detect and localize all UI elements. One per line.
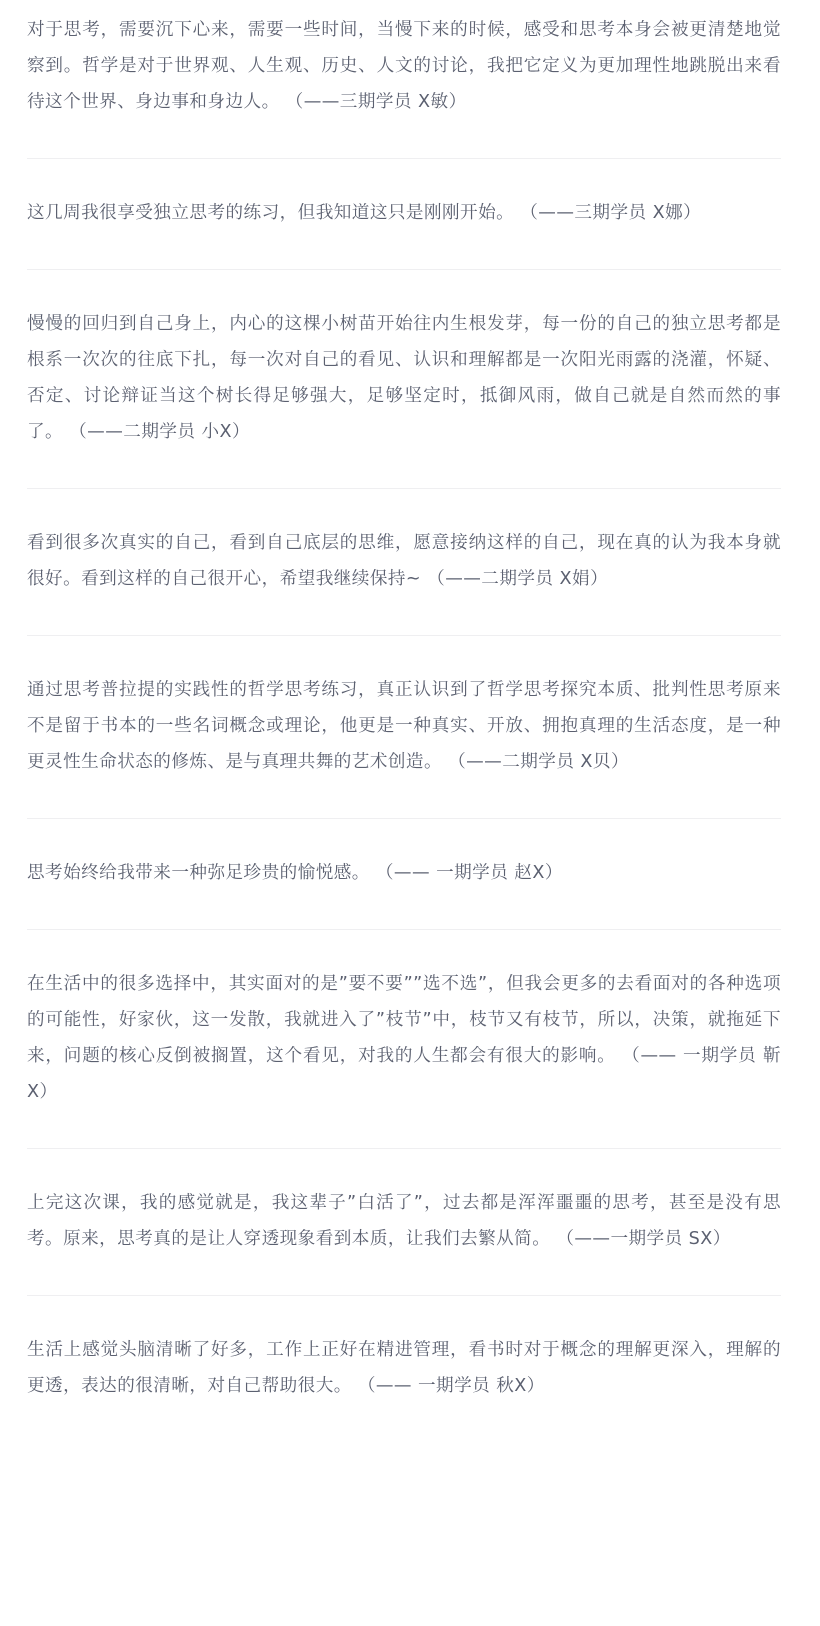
- testimonial-text: 思考始终给我带来一种弥足珍贵的愉悦感。: [27, 863, 370, 883]
- divider: [27, 818, 781, 819]
- testimonial-attribution: （—— 一期学员 秋X）: [358, 1376, 545, 1396]
- divider: [27, 158, 781, 159]
- testimonial-text: 看到很多次真实的自己，看到自己底层的思维，愿意接纳这样的自己，现在真的认为我本身…: [27, 533, 781, 589]
- testimonial-text: 这几周我很享受独立思考的练习，但我知道这只是刚刚开始。: [27, 203, 514, 223]
- divider: [27, 269, 781, 270]
- divider: [27, 1295, 781, 1296]
- divider: [27, 488, 781, 489]
- testimonial-item: 通过思考普拉提的实践性的哲学思考练习，真正认识到了哲学思考探究本质、批判性思考原…: [27, 672, 781, 780]
- testimonial-attribution: （——二期学员 X娟）: [427, 569, 608, 589]
- divider: [27, 635, 781, 636]
- testimonial-item: 看到很多次真实的自己，看到自己底层的思维，愿意接纳这样的自己，现在真的认为我本身…: [27, 525, 781, 597]
- testimonial-item: 对于思考，需要沉下心来，需要一些时间，当慢下来的时候，感受和思考本身会被更清楚地…: [27, 12, 781, 120]
- testimonial-item: 思考始终给我带来一种弥足珍贵的愉悦感。 （—— 一期学员 赵X）: [27, 855, 781, 891]
- testimonial-text: 通过思考普拉提的实践性的哲学思考练习，真正认识到了哲学思考探究本质、批判性思考原…: [27, 680, 781, 772]
- divider: [27, 929, 781, 930]
- testimonial-item: 生活上感觉头脑清晰了好多，工作上正好在精进管理，看书时对于概念的理解更深入，理解…: [27, 1332, 781, 1404]
- testimonial-attribution: （——三期学员 X娜）: [520, 203, 701, 223]
- testimonial-item: 这几周我很享受独立思考的练习，但我知道这只是刚刚开始。 （——三期学员 X娜）: [27, 195, 781, 231]
- divider: [27, 1148, 781, 1149]
- testimonial-attribution: （——一期学员 SX）: [556, 1229, 731, 1249]
- testimonial-attribution: （——二期学员 小X）: [69, 422, 250, 442]
- testimonial-attribution: （——三期学员 X敏）: [286, 92, 467, 112]
- testimonial-item: 慢慢的回归到自己身上，内心的这棵小树苗开始往内生根发芽，每一份的自己的独立思考都…: [27, 306, 781, 450]
- testimonial-item: 在生活中的很多选择中，其实面对的是”要不要””选不选”，但我会更多的去看面对的各…: [27, 966, 781, 1110]
- testimonial-item: 上完这次课，我的感觉就是，我这辈子”白活了”，过去都是浑浑噩噩的思考，甚至是没有…: [27, 1185, 781, 1257]
- testimonial-attribution: （—— 一期学员 赵X）: [376, 863, 563, 883]
- testimonial-attribution: （——二期学员 X贝）: [448, 752, 629, 772]
- testimonials-list: 对于思考，需要沉下心来，需要一些时间，当慢下来的时候，感受和思考本身会被更清楚地…: [0, 0, 820, 1404]
